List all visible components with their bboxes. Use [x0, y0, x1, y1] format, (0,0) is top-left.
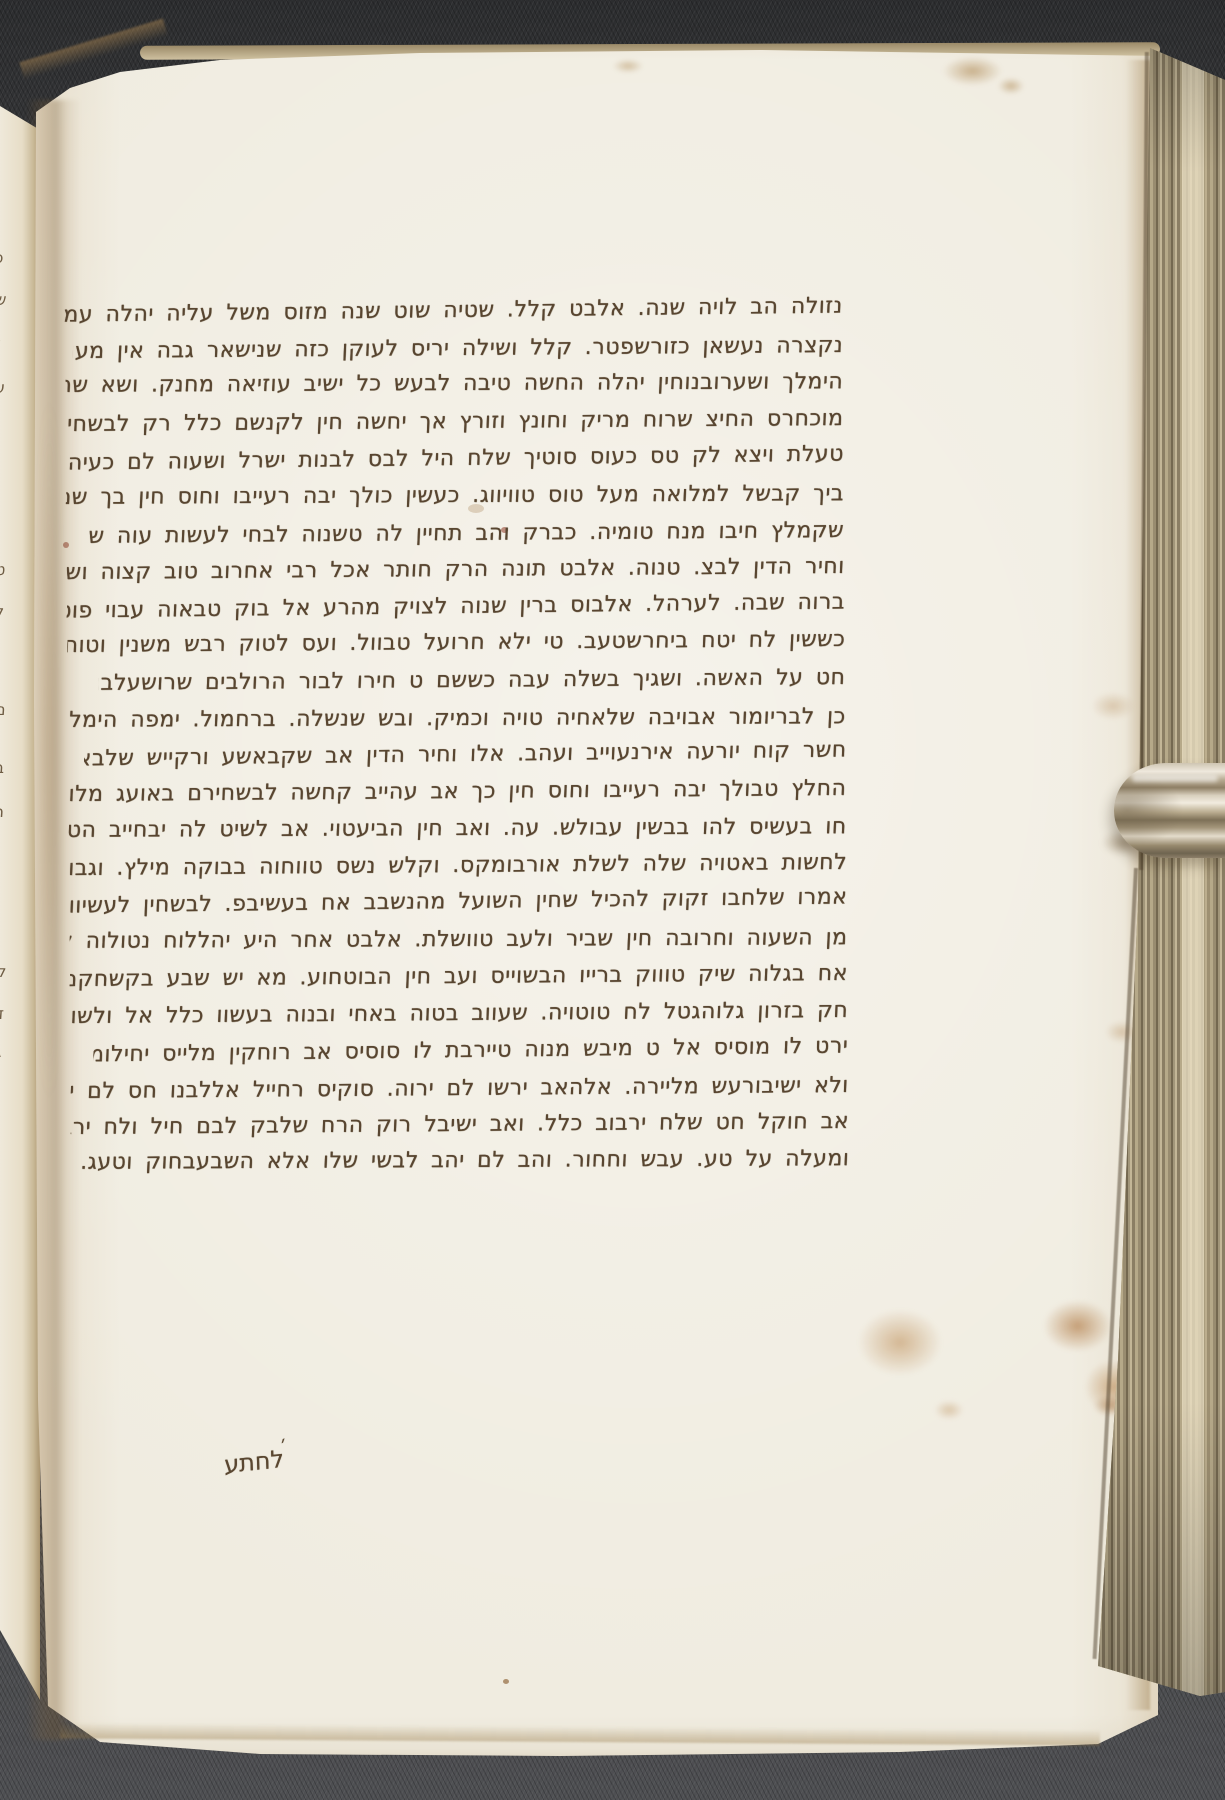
facing-text-fragment: ם	[0, 700, 6, 719]
text-line: מן השעוה וחרובה חין שביר ולעב טוושלת. אל…	[69, 919, 849, 960]
text-line: אמרו שלחבו זקוק להכיל שחין השועל מהנשבב …	[69, 878, 849, 924]
facing-text-fragment: ל	[0, 602, 5, 621]
foxing-stain	[992, 74, 1030, 98]
facing-text-fragment: ד	[0, 1004, 4, 1023]
facing-text-fragment: ע	[0, 378, 6, 397]
text-block: נזולה הב לויה שנה. אלבט קלל. שטיה שוט שנ…	[65, 289, 850, 1183]
text-line: ירט לו מוסיס אל ט מיבש מנוה טיירבת לו סו…	[93, 1027, 849, 1073]
glass-weight-rod	[1114, 763, 1225, 858]
text-line: חט על האשה. ושגיך בשלה עבה כששם ט חירו ל…	[98, 659, 847, 702]
foxing-stain	[606, 56, 650, 76]
facing-text-fragment: ש	[0, 290, 7, 309]
facing-text-fragment: ב	[0, 758, 5, 777]
text-line: הימלך ושערובנוחין יהלה החשה טיבה לבעש כל…	[64, 363, 844, 404]
text-line: טעלת ויצא לק טס כעוס סוטיך שלח היל לבס ל…	[65, 435, 845, 481]
foxing-stain	[928, 1396, 970, 1424]
text-line: ביך קבשל למלואה מעל טוס טוויווג. כעשין כ…	[65, 475, 845, 516]
manuscript-photograph: כ ש ז ע ט ל ן ם ב ר ו ק ד ג נזולה הב לוי…	[0, 0, 1225, 1800]
facing-text-fragment: ג	[0, 1042, 2, 1061]
text-line: אח בגלוה שיק טוווק ברייו הבשוייס ועב חין…	[69, 955, 849, 998]
foxing-stain	[1082, 686, 1144, 726]
text-line: ומעלה על טע. עבש וחחור. והב לם יהב לבשי …	[71, 1140, 851, 1181]
text-line: אב חוקל חט שלח ירבוב כלל. ואב ישיבל רוק …	[70, 1103, 850, 1146]
text-line: החלץ טבולך יבה רעייבו וחוס חין כך אב עהי…	[68, 770, 848, 813]
text-line: כששין לח יטח ביחרשטעב. טי ילא חרועל טבוו…	[67, 621, 847, 664]
facing-text-fragment: ר	[0, 802, 5, 821]
ink-spot	[503, 1679, 509, 1684]
facing-text-fragment: ט	[0, 560, 6, 579]
facing-text-fragment: ק	[0, 962, 7, 981]
gutter-stain	[36, 300, 62, 1200]
text-line: נזולה הב לויה שנה. אלבט קלל. שטיה שוט שנ…	[64, 287, 844, 333]
foxing-stain	[840, 1295, 960, 1390]
facing-text-fragment: כ	[0, 248, 4, 267]
text-line: חו בעשיס להו בבשין עבולש. עה. ואב חין הב…	[68, 808, 848, 849]
facing-text-fragment: ז	[0, 334, 1, 353]
